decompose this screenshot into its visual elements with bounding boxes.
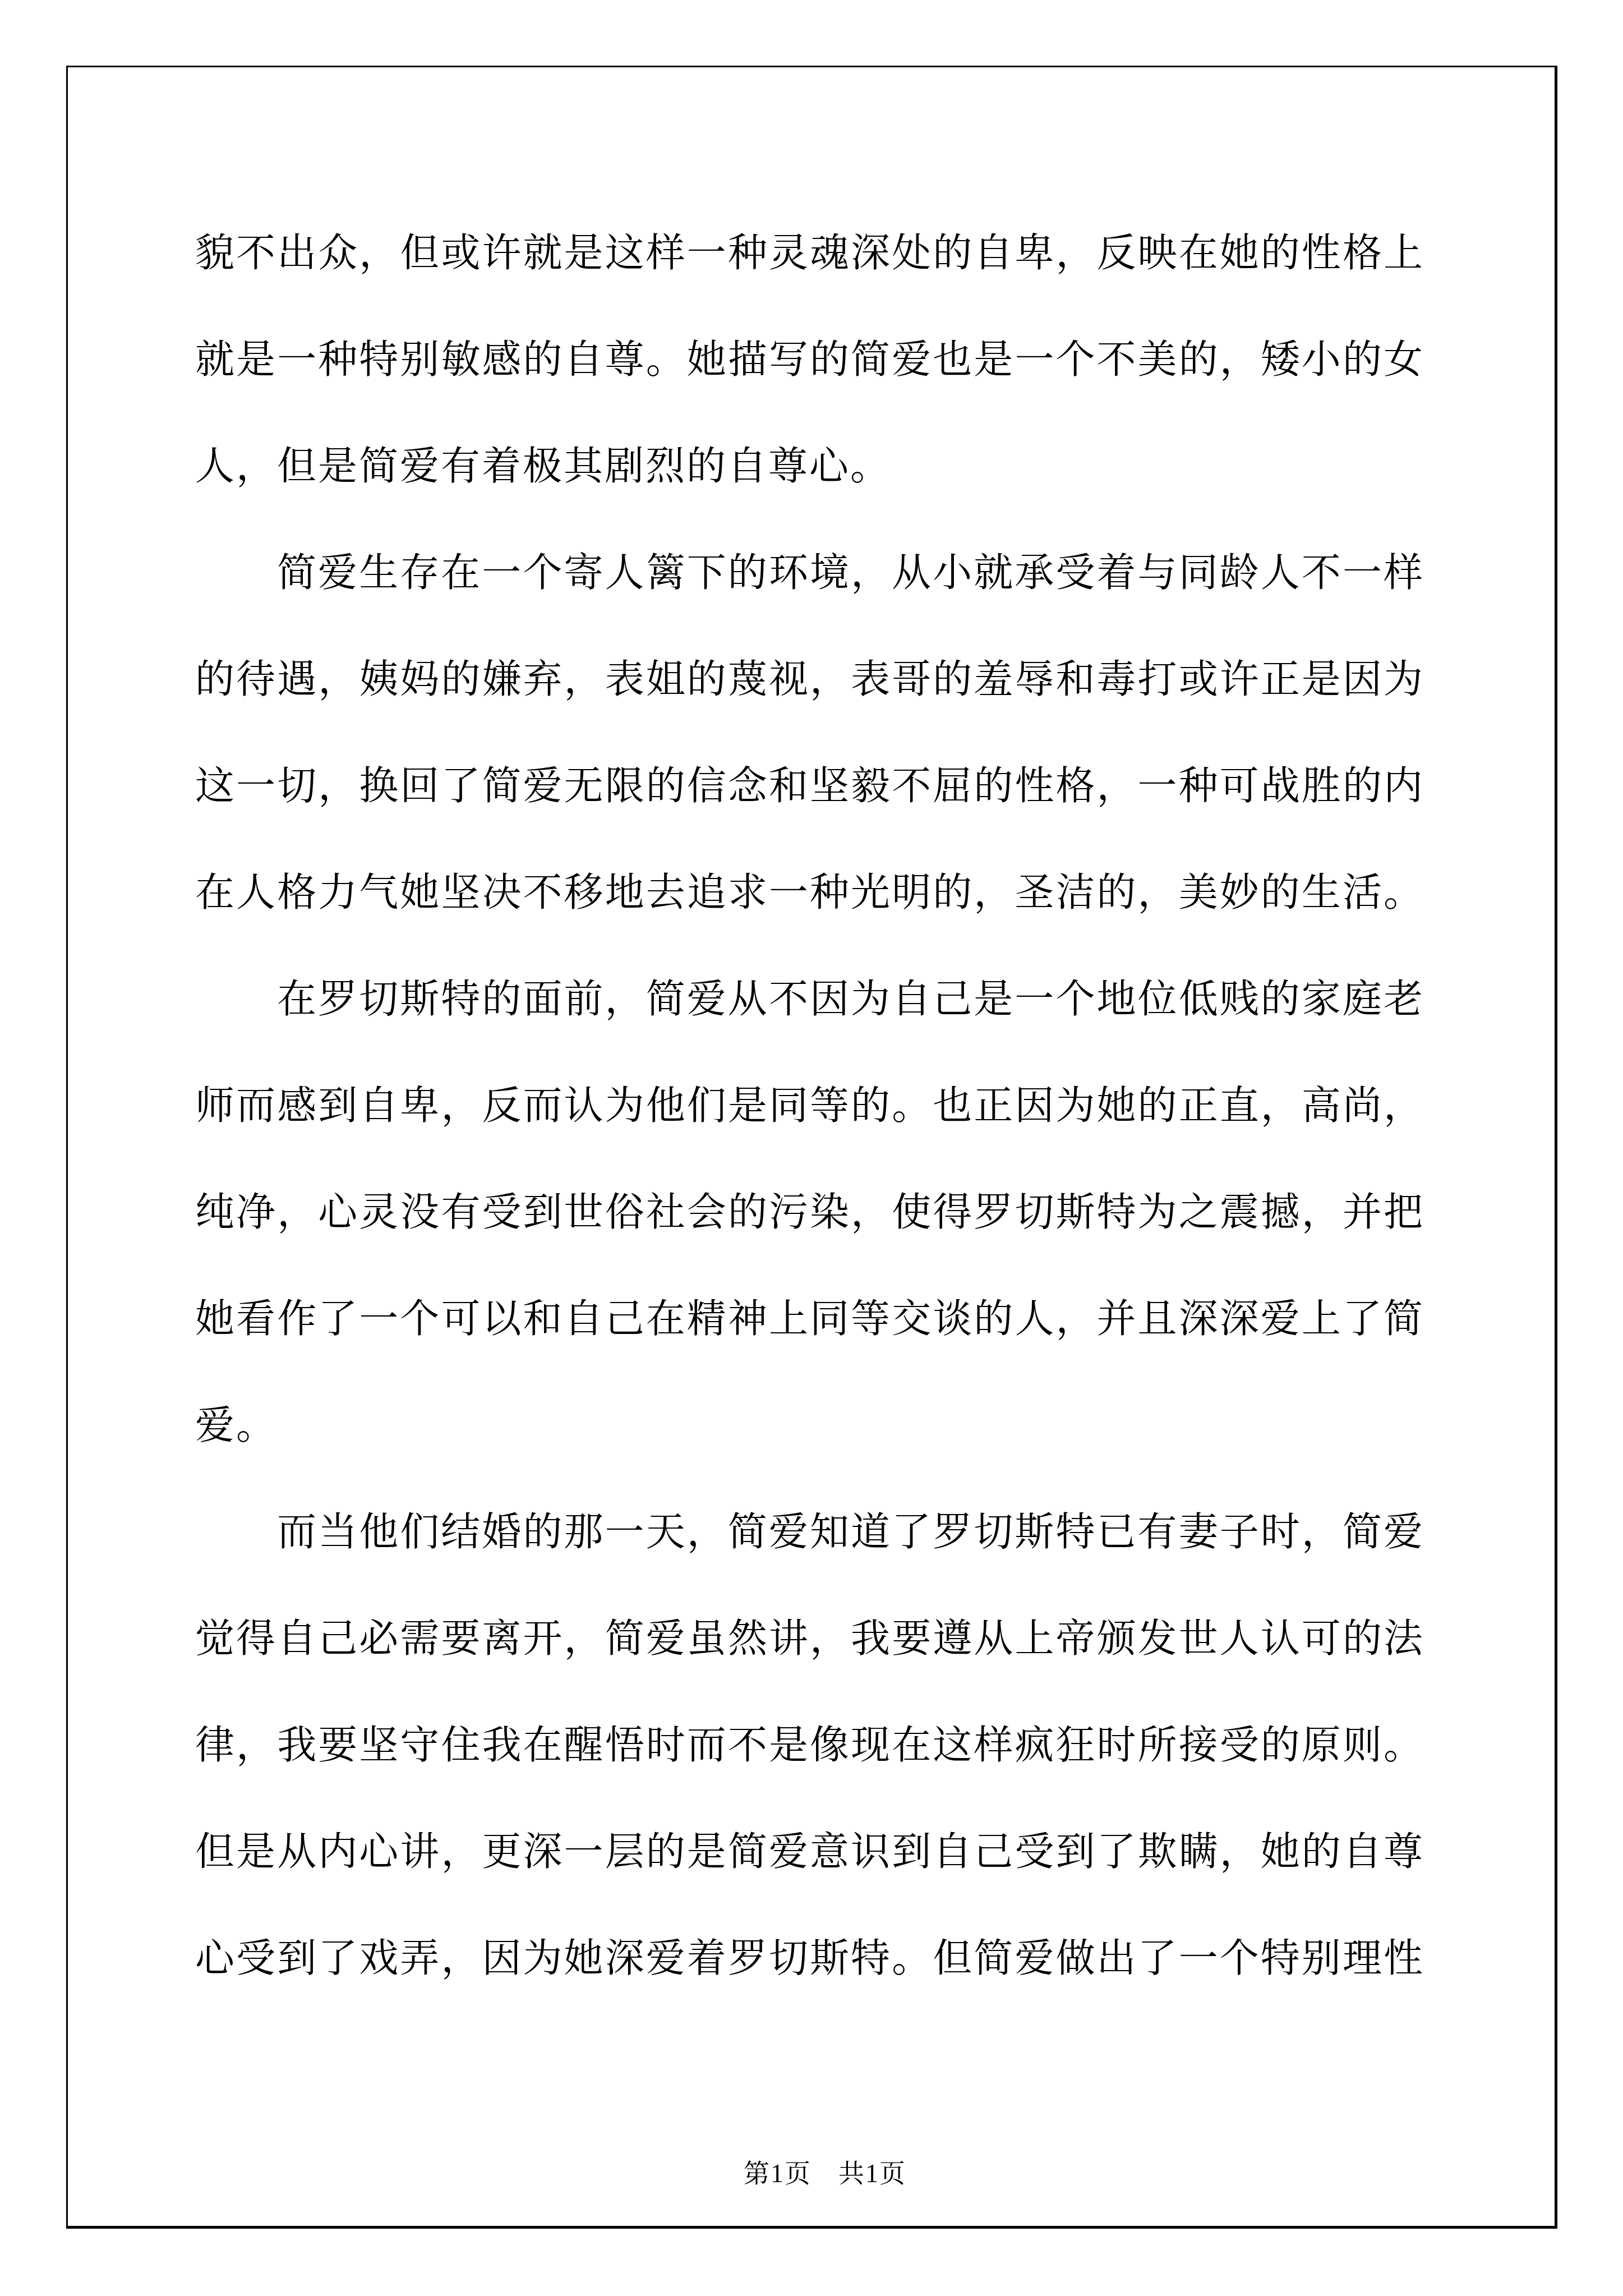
text-line: 人，但是简爱有着极其剧烈的自尊心。: [195, 445, 1424, 551]
text-line: 律，我要坚守住我在醒悟时而不是像现在这样疯狂时所接受的原则。: [195, 1724, 1424, 1830]
text-line: 但是从内心讲，更深一层的是简爱意识到自己受到了欺瞒，她的自尊: [195, 1830, 1424, 1937]
text-line: 爱。: [195, 1404, 1424, 1511]
text-line: 简爱生存在一个寄人篱下的环境，从小就承受着与同龄人不一样: [195, 551, 1424, 658]
text-line: 这一切，换回了简爱无限的信念和坚毅不屈的性格，一种可战胜的内: [195, 765, 1424, 871]
text-line: 在人格力气她坚决不移地去追求一种光明的，圣洁的，美妙的生活。: [195, 871, 1424, 978]
text-line: 觉得自己必需要离开，简爱虽然讲，我要遵从上帝颁发世人认可的法: [195, 1617, 1424, 1724]
text-line: 心受到了戏弄，因为她深爱着罗切斯特。但简爱做出了一个特别理性: [195, 1937, 1424, 2044]
document-body: 貌不出众，但或许就是这样一种灵魂深处的自卑，反映在她的性格上就是一种特别敏感的自…: [195, 232, 1424, 2044]
text-line: 她看作了一个可以和自己在精神上同等交谈的人，并且深深爱上了简: [195, 1297, 1424, 1404]
text-line: 而当他们结婚的那一天，简爱知道了罗切斯特已有妻子时，简爱: [195, 1511, 1424, 1617]
text-line: 就是一种特别敏感的自尊。她描写的简爱也是一个不美的，矮小的女: [195, 338, 1424, 445]
text-line: 师而感到自卑，反而认为他们是同等的。也正因为她的正直，高尚，: [195, 1084, 1424, 1191]
text-line: 貌不出众，但或许就是这样一种灵魂深处的自卑，反映在她的性格上: [195, 232, 1424, 338]
page-number-label: 第1页 共1页: [744, 2159, 906, 2188]
text-line: 在罗切斯特的面前，简爱从不因为自己是一个地位低贱的家庭老: [195, 978, 1424, 1084]
text-line: 的待遇，姨妈的嫌弃，表姐的蔑视，表哥的羞辱和毒打或许正是因为: [195, 658, 1424, 765]
text-line: 纯净，心灵没有受到世俗社会的污染，使得罗切斯特为之震撼，并把: [195, 1191, 1424, 1297]
document-page: 貌不出众，但或许就是这样一种灵魂深处的自卑，反映在她的性格上就是一种特别敏感的自…: [0, 0, 1623, 2296]
page-footer: 第1页 共1页: [195, 2130, 1424, 2217]
